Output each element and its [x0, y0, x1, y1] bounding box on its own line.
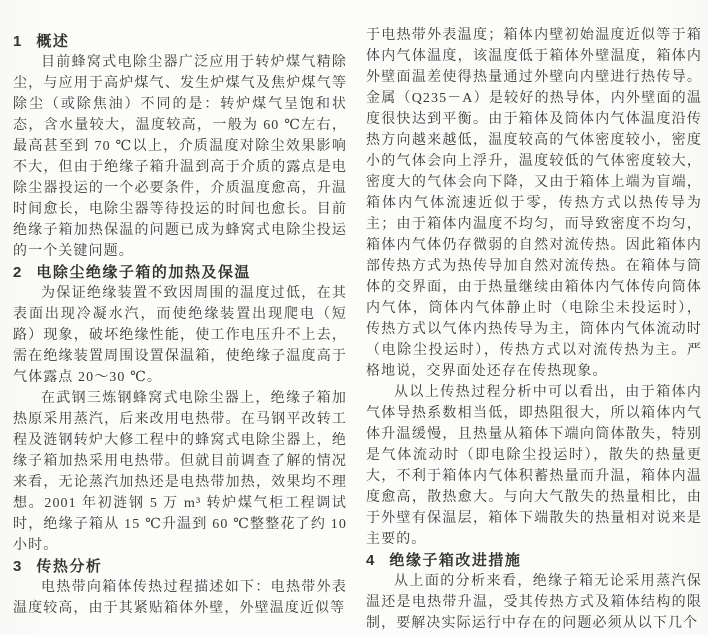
section-title: 绝缘子箱改进措施	[389, 550, 521, 571]
right-column: 于电热带外表温度；箱体内壁初始温度近似等于箱体内气体温度，该温度低于箱体外壁温度…	[366, 25, 702, 634]
section-title: 概述	[36, 31, 69, 52]
paragraph-heat-transfer-continued: 于电热带外表温度；箱体内壁初始温度近似等于箱体内气体温度，该温度低于箱体外壁温度…	[366, 25, 702, 382]
section-number: 2	[13, 262, 21, 283]
left-column: 1 概述 目前蜂窝式电除尘器广泛应用于转炉煤气精除尘，与应用于高炉煤气、发生炉煤…	[13, 31, 347, 619]
section-heading-4: 4 绝缘子箱改进措施	[366, 550, 702, 571]
paragraph-improvement-intro: 从上面的分析来看，绝缘子箱无论采用蒸汽保温还是电热带升温，受其传热方式及箱体结构…	[366, 571, 702, 634]
section-heading-1: 1 概述	[13, 31, 347, 52]
paragraph-insulation-heating: 为保证绝缘装置不致因周围的温度过低，在其表面出现冷凝水汽，而使绝缘装置出现爬电（…	[13, 283, 347, 388]
section-number: 1	[13, 31, 21, 52]
paragraph-overview: 目前蜂窝式电除尘器广泛应用于转炉煤气精除尘，与应用于高炉煤气、发生炉煤气及焦炉煤…	[13, 52, 347, 262]
paragraph-field-cases: 在武钢三炼钢蜂窝式电除尘器上，绝缘子箱加热原采用蒸汽，后来改用电热带。在马钢平改…	[13, 388, 347, 556]
paragraph-heat-loss-analysis: 从以上传热过程分析中可以看出，由于箱体内气体导热系数相当低，即热阻很大，所以箱体…	[366, 382, 702, 550]
section-heading-3: 3 传热分析	[13, 556, 347, 577]
section-title: 电除尘绝缘子箱的加热及保温	[36, 262, 251, 283]
document-page: 1 概述 目前蜂窝式电除尘器广泛应用于转炉煤气精除尘，与应用于高炉煤气、发生炉煤…	[0, 0, 708, 635]
section-heading-2: 2 电除尘绝缘子箱的加热及保温	[13, 262, 347, 283]
paragraph-heat-transfer-start: 电热带向箱体传热过程描述如下：电热带外表温度较高，由于其紧贴箱体外壁，外壁温度近…	[13, 577, 347, 619]
section-number: 4	[366, 550, 374, 571]
section-title: 传热分析	[36, 556, 102, 577]
section-number: 3	[13, 556, 21, 577]
